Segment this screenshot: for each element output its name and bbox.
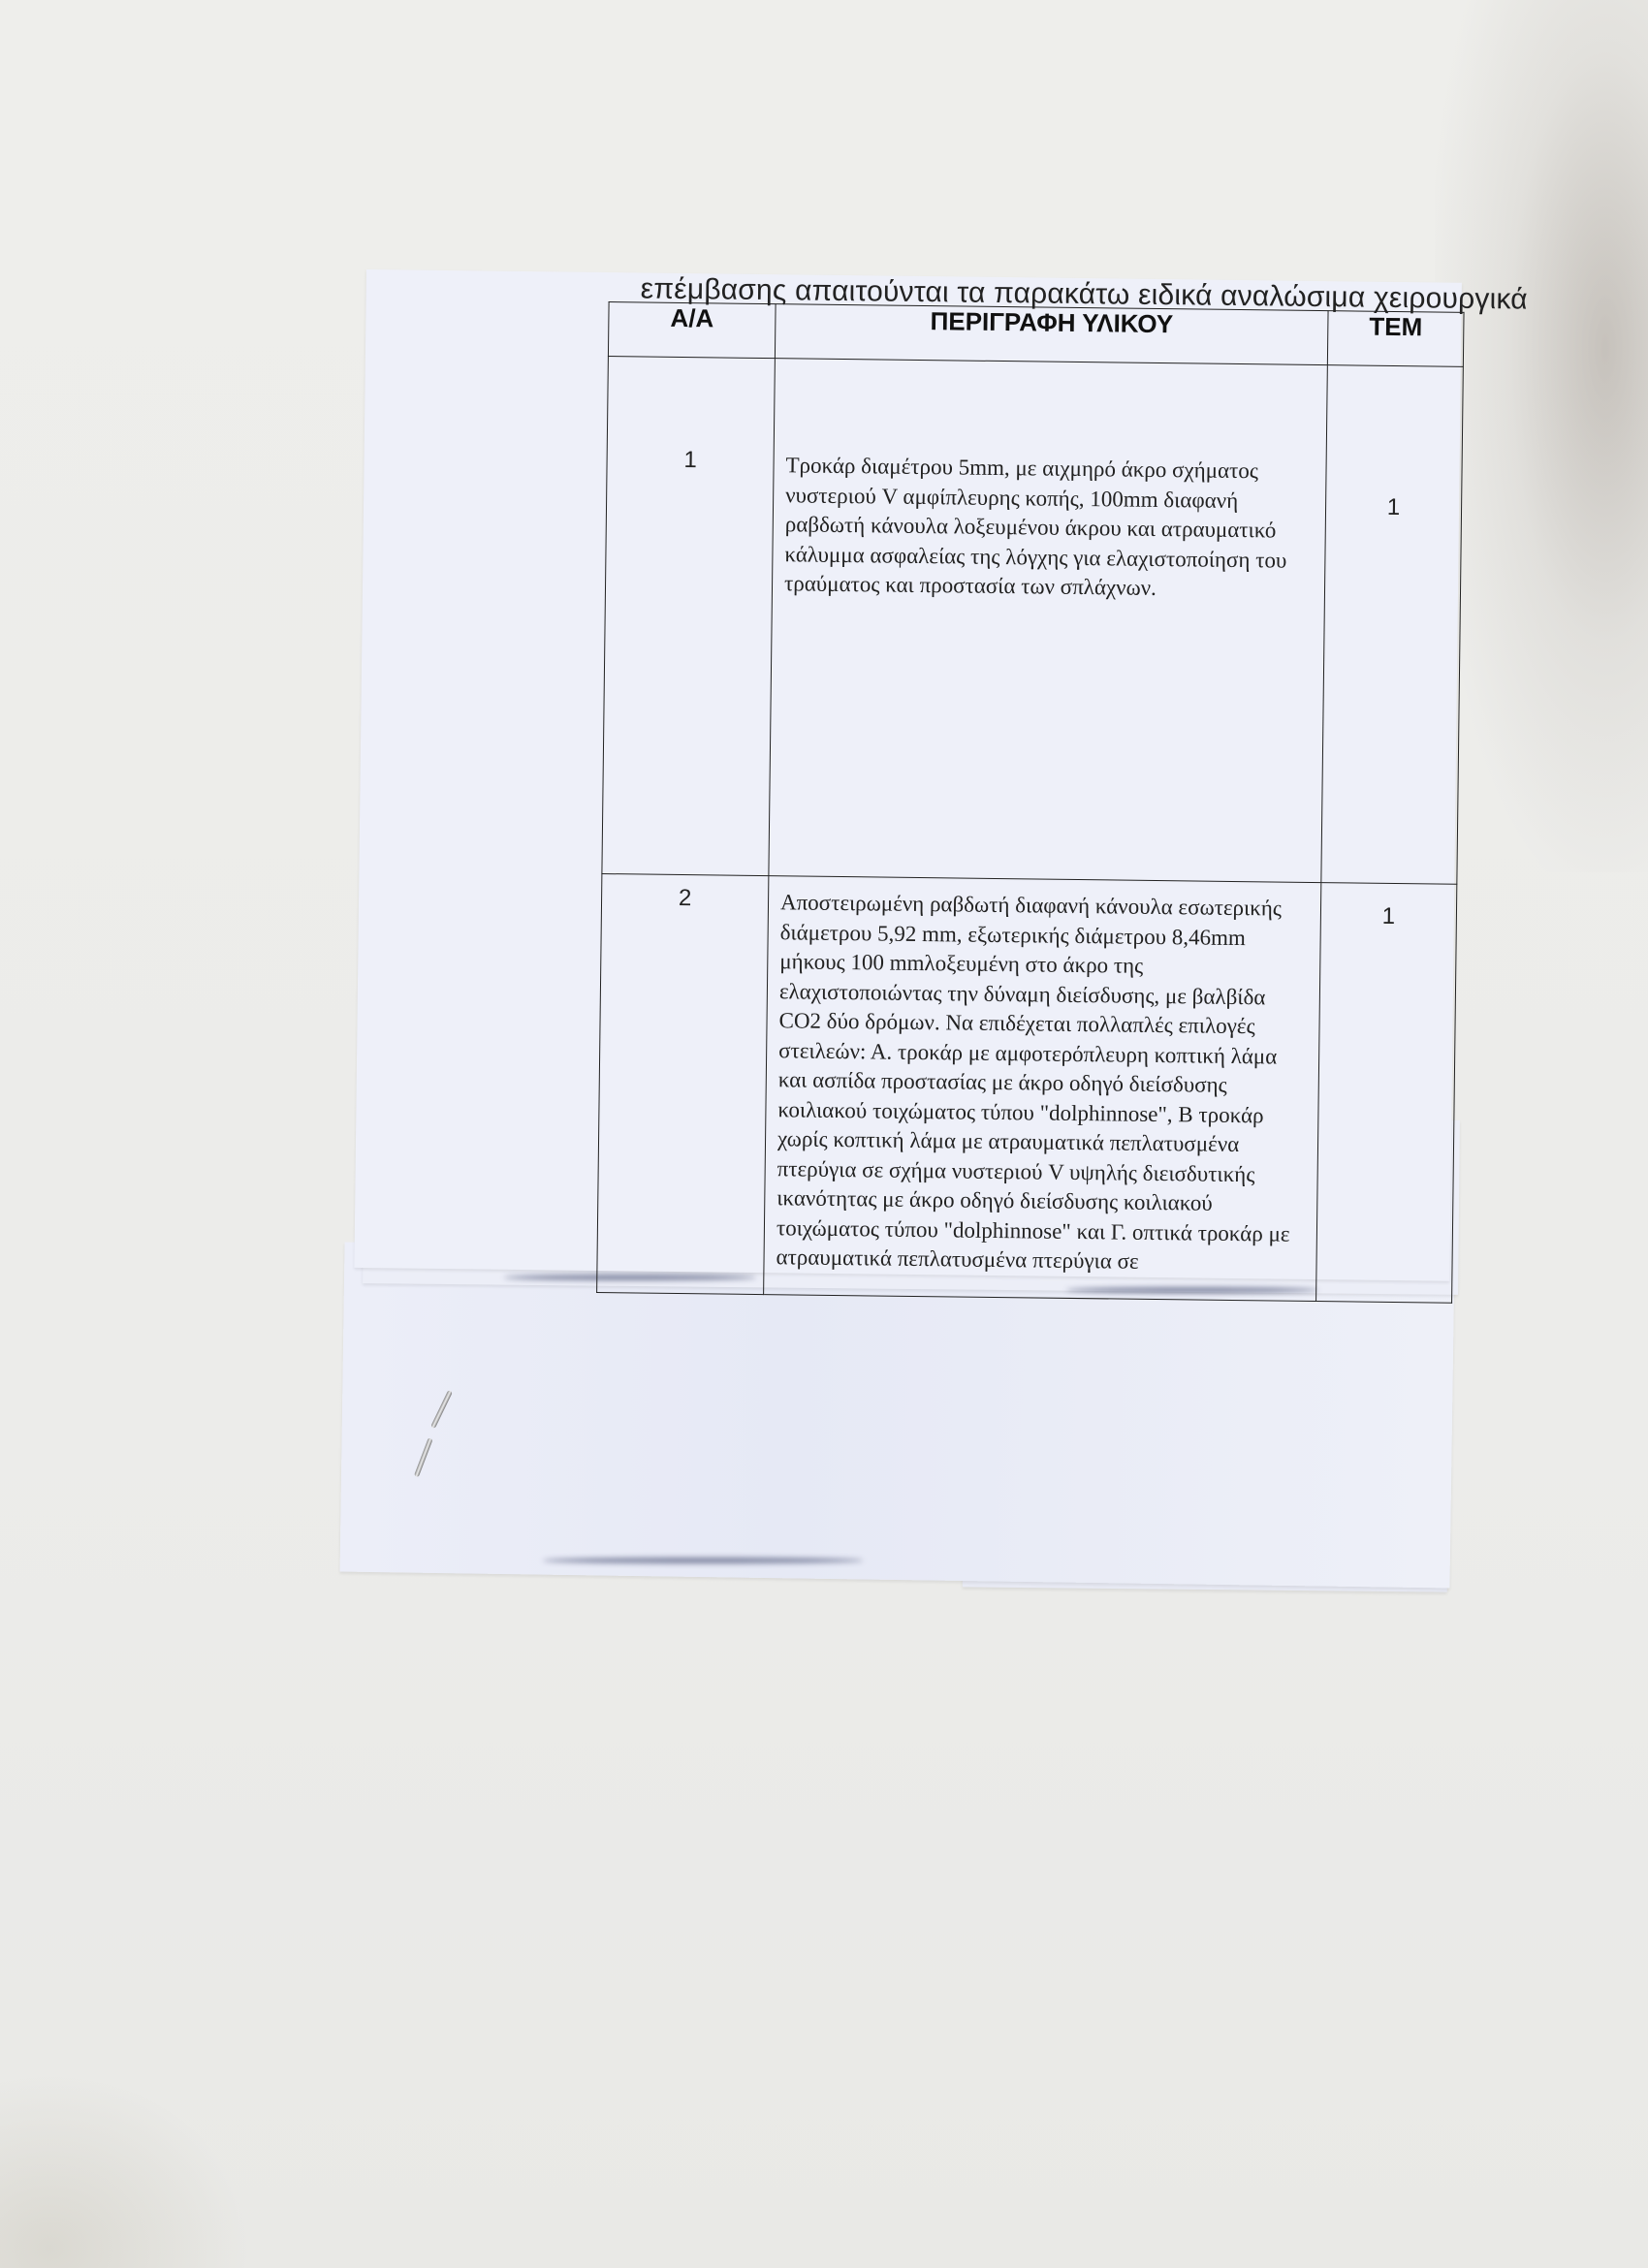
header-index: Α/Α — [608, 302, 776, 359]
row-description: Τροκάρ διαμέτρου 5mm, με αιχμηρό άκρο σχ… — [769, 359, 1327, 883]
document-page: επέμβασης απαιτούνται τα παρακάτω ειδικά… — [354, 269, 1461, 1281]
table-row: 1 Τροκάρ διαμέτρου 5mm, με αιχμηρό άκρο … — [602, 357, 1463, 885]
staple-icon — [414, 1437, 433, 1477]
row-quantity: 1 — [1321, 365, 1464, 885]
row-quantity: 1 — [1316, 883, 1457, 1304]
materials-table: Α/Α ΠΕΡΙΓΡΑΦΗ ΥΛΙΚΟΥ ΤΕΜ 1 Τροκάρ διαμέτ… — [596, 301, 1464, 1304]
scanner-smudge — [1435, 0, 1648, 872]
header-quantity: ΤΕΜ — [1327, 311, 1464, 367]
row-description: Αποστειρωμένη ραβδωτή διαφανή κάνουλα εσ… — [764, 876, 1321, 1302]
staple-icon — [430, 1390, 453, 1429]
table-row: 2 Αποστειρωμένη ραβδωτή διαφανή κάνουλα … — [597, 874, 1457, 1304]
row-index: 1 — [602, 357, 776, 876]
row-index: 2 — [597, 874, 769, 1295]
scanner-smudge — [0, 2074, 252, 2268]
fold-shadow — [543, 1558, 863, 1563]
header-description: ΠΕΡΙΓΡΑΦΗ ΥΛΙΚΟΥ — [775, 304, 1328, 365]
